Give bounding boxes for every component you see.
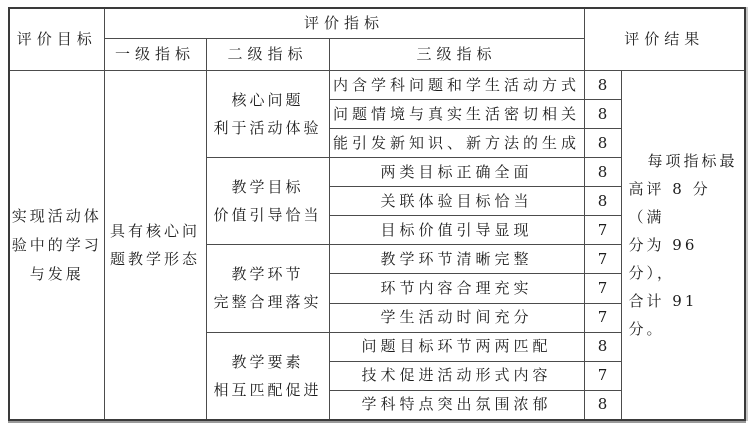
level3-label: 技术促进活动形式内容: [329, 361, 584, 390]
header-level1: 一级指标: [104, 39, 206, 71]
level2-line: 利于活动体验: [207, 114, 329, 142]
level3-label: 目标价值引导显现: [329, 216, 584, 245]
header-indicators: 评价指标: [104, 8, 584, 39]
table-row: 实现活动体 验中的学习 与发展 具有核心问 题教学形态 核心问题 利于活动体验 …: [9, 71, 745, 100]
level2-line: 教学目标: [207, 173, 329, 201]
goal-text: 实现活动体 验中的学习 与发展: [10, 202, 104, 289]
goal-cell: 实现活动体 验中的学习 与发展: [9, 71, 104, 421]
level2-line: 教学要素: [207, 348, 329, 376]
evaluation-rubric: 评价目标 评价指标 评价结果 一级指标 二级指标 三级指标 实现活动体 验中的学…: [8, 7, 746, 421]
level2-text: 教学要素 相互匹配促进: [207, 348, 329, 404]
header-level2: 二级指标: [206, 39, 329, 71]
level2-line: 相互匹配促进: [207, 376, 329, 404]
level3-label: 学生活动时间充分: [329, 303, 584, 332]
level2-line: 教学环节: [207, 260, 329, 288]
score-cell: 8: [584, 187, 621, 216]
level2-cell-group1: 核心问题 利于活动体验: [206, 71, 329, 158]
score-cell: 7: [584, 361, 621, 390]
result-line: 高评 8 分（满: [629, 175, 741, 231]
score-cell: 8: [584, 71, 621, 100]
header-level3: 三级指标: [329, 39, 584, 71]
level3-label: 学科特点突出氛围浓郁: [329, 390, 584, 420]
score-cell: 8: [584, 390, 621, 420]
level3-label: 环节内容合理充实: [329, 274, 584, 303]
level2-line: 核心问题: [207, 86, 329, 114]
level3-label: 问题情境与真实生活密切相关: [329, 100, 584, 129]
score-cell: 8: [584, 129, 621, 158]
level2-line: 价值引导恰当: [207, 201, 329, 229]
level3-label: 关联体验目标恰当: [329, 187, 584, 216]
result-note-cell: 每项指标最 高评 8 分（满 分为 96 分）， 合计 91 分。: [621, 71, 745, 421]
level1-line: 题教学形态: [105, 245, 206, 273]
level1-text: 具有核心问 题教学形态: [105, 217, 206, 273]
score-cell: 7: [584, 303, 621, 332]
level2-cell-group2: 教学目标 价值引导恰当: [206, 158, 329, 245]
score-cell: 7: [584, 274, 621, 303]
result-line: 合计 91 分。: [629, 287, 741, 343]
result-line: 分为 96 分），: [629, 231, 741, 287]
level1-line: 具有核心问: [105, 217, 206, 245]
goal-line: 验中的学习: [10, 231, 104, 260]
score-cell: 8: [584, 332, 621, 361]
level3-label: 能引发新知识、新方法的生成: [329, 129, 584, 158]
level3-label: 问题目标环节两两匹配: [329, 332, 584, 361]
evaluation-table: 评价目标 评价指标 评价结果 一级指标 二级指标 三级指标 实现活动体 验中的学…: [8, 7, 746, 421]
level2-cell-group4: 教学要素 相互匹配促进: [206, 332, 329, 420]
level3-label: 两类目标正确全面: [329, 158, 584, 187]
result-line: 每项指标最: [629, 147, 741, 175]
level3-label: 内含学科问题和学生活动方式: [329, 71, 584, 100]
level3-label: 教学环节清晰完整: [329, 245, 584, 274]
level2-text: 核心问题 利于活动体验: [207, 86, 329, 142]
score-cell: 8: [584, 158, 621, 187]
level2-text: 教学目标 价值引导恰当: [207, 173, 329, 229]
score-cell: 7: [584, 216, 621, 245]
goal-line: 实现活动体: [10, 202, 104, 231]
header-result: 评价结果: [584, 8, 745, 71]
score-cell: 8: [584, 100, 621, 129]
result-note: 每项指标最 高评 8 分（满 分为 96 分）， 合计 91 分。: [622, 147, 745, 343]
level1-cell: 具有核心问 题教学形态: [104, 71, 206, 421]
score-cell: 7: [584, 245, 621, 274]
level2-cell-group3: 教学环节 完整合理落实: [206, 245, 329, 332]
header-goal: 评价目标: [9, 8, 104, 71]
level2-line: 完整合理落实: [207, 288, 329, 316]
level2-text: 教学环节 完整合理落实: [207, 260, 329, 316]
goal-line: 与发展: [10, 260, 104, 289]
